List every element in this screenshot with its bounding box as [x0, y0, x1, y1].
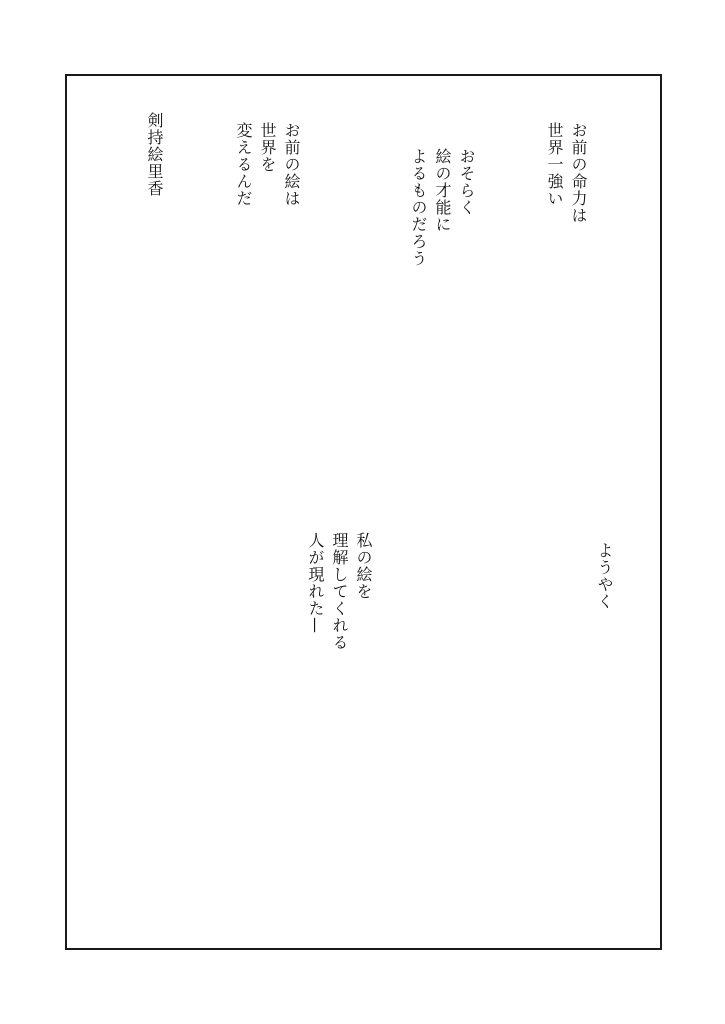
- text-line: 剣持絵里香: [142, 112, 166, 197]
- text-block-life-force: お前の命力は 世界一強い: [542, 122, 590, 224]
- text-line: お前の絵は: [279, 122, 303, 207]
- text-block-finally: ようやく: [592, 542, 616, 610]
- text-line: おそらく: [454, 148, 478, 267]
- text-line: 人が現れた—: [303, 532, 327, 651]
- text-block-talent: おそらく 絵の才能に よるものだろう: [406, 148, 478, 267]
- text-line: 世界を: [255, 122, 279, 207]
- text-line: 絵の才能に: [430, 148, 454, 267]
- text-line: よるものだろう: [406, 148, 430, 267]
- text-block-understood: 私の絵を 理解してくれる 人が現れた—: [303, 532, 375, 651]
- text-line: お前の命力は: [566, 122, 590, 224]
- text-line: 世界一強い: [542, 122, 566, 224]
- text-line: 私の絵を: [351, 532, 375, 651]
- text-block-name: 剣持絵里香: [142, 112, 166, 197]
- text-line: ようやく: [592, 542, 616, 610]
- text-line: 理解してくれる: [327, 532, 351, 651]
- text-line: 変えるんだ: [231, 122, 255, 207]
- text-block-change-world: お前の絵は 世界を 変えるんだ: [231, 122, 303, 207]
